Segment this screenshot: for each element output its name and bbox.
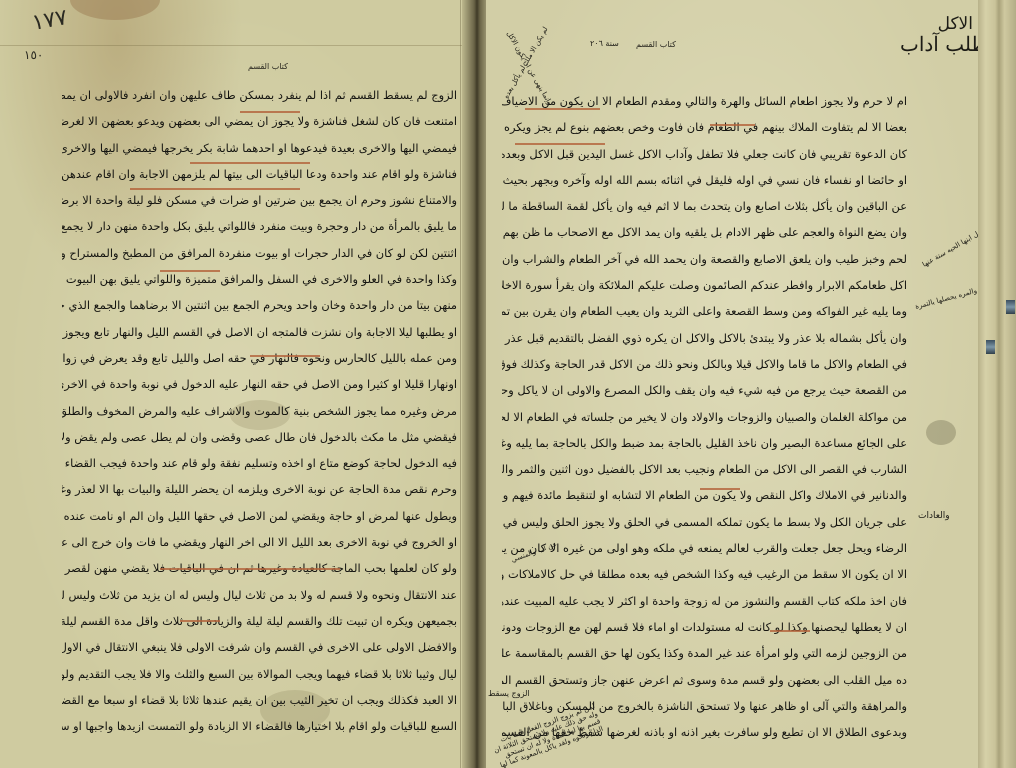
- page-edge: [460, 0, 461, 768]
- rubric-overline: [250, 355, 320, 357]
- text-line: ما يليق بالمرأة من دار وحجرة وبيت منفرد …: [62, 213, 457, 239]
- text-line: والامتناع نشوز وحرم ان يجمع بين ضرتين او…: [62, 187, 457, 213]
- text-line: ليال وثيبا ثلاثا بلا قضاء فيهما ويجب الم…: [62, 661, 457, 687]
- text-line: اكل طعامكم الابرار وافطر عندكم الصائمون …: [502, 272, 907, 298]
- text-line: ده ميل القلب الى بعضهن ولو قسم مدة وسوى …: [502, 667, 907, 693]
- text-line: فناشزة ولو اقام عند واحدة ودعا الباقيات …: [62, 161, 457, 187]
- rubric-overline: [180, 620, 220, 622]
- catchword: كتاب القسم: [248, 62, 288, 71]
- rubric-overline: [190, 162, 310, 164]
- text-line: على الجائع مساعدة البصير وان ناخذ القليل…: [502, 430, 907, 456]
- text-line: ان لا يعطلها ليحصنها وكذا لو كانت له مست…: [502, 614, 907, 640]
- text-line: من القصعة حيث يرجع من فيه شيء فيه وان يق…: [502, 377, 907, 403]
- text-line: وان يضع النواة والعجم على ظهر الادام بل …: [502, 219, 907, 245]
- rubric-overline: [240, 111, 300, 113]
- text-line: بجميعهن ويكره ان تبيت تلك والقسم ليلة لي…: [62, 608, 457, 634]
- text-line: او يطلبها ليلا الاجابة وان نشزت فالمتجه …: [62, 319, 457, 345]
- text-line: بعضا الا لم يتفاوت الملاك بينهم في الطعا…: [502, 114, 907, 140]
- text-line: من مواكلة الغلمان والصبيان والزوجات والا…: [502, 404, 907, 430]
- text-line: وحرم نقص مدة الحاجة عن نوبة الاخرى ويلزم…: [62, 476, 457, 502]
- text-line: ويطول عنها لمرض او حاجة ويقضي لمن الاصل …: [62, 503, 457, 529]
- rubric-overline: [525, 108, 600, 110]
- text-line: عند الانتقال ونحوه ولا قسم له ولا بد من …: [62, 582, 457, 608]
- text-line: والافضل الاولى على الاخرى في القسم وان ش…: [62, 634, 457, 660]
- text-line: فيمضي اليها والاخرى بعيدة فيدعوها او احد…: [62, 135, 457, 161]
- manuscript-spread: ١٧٧ ١٥٠ كتاب القسم الزوج لم يسقط القسم ث…: [0, 0, 1016, 768]
- marginal-note: والعادات: [918, 512, 950, 520]
- text-line: عن الباقين وان يأكل بثلاث اصابع وان يتحد…: [502, 193, 907, 219]
- text-line: اثنتين لكن لو كان في الدار حجرات او بيوت…: [62, 240, 457, 266]
- folio-number: ١٧٧: [30, 5, 69, 36]
- edge-tab: [1006, 300, 1015, 314]
- text-line: من الزوجين لزمه التي ولو امرأة عند غير ا…: [502, 640, 907, 666]
- rubric-overline: [770, 630, 810, 632]
- text-line: وكذا واحدة في العلو والاخرى في السفل وال…: [62, 266, 457, 292]
- text-line: وما يليه غير الفواكه ومن وسط القصعة واعل…: [502, 298, 907, 324]
- stain: [926, 420, 956, 445]
- text-line: الرضاء ويحل جعل جعلت والقرب لعالم يمنعه …: [502, 535, 907, 561]
- text-line: السبع للباقيات ولو اقام بلا اختيارها فال…: [62, 713, 457, 739]
- text-line: ام لا حرم ولا يجوز اطعام السائل والهرة و…: [502, 88, 907, 114]
- secondary-folio-number: ١٥٠: [24, 48, 43, 62]
- text-line: الا العبد فكذلك ويجب ان تخير الثيب بين ا…: [62, 687, 457, 713]
- catchword: كتاب القسم: [636, 40, 676, 49]
- rubric-overline: [130, 188, 300, 190]
- rubric-overline: [515, 143, 605, 145]
- text-line: منهن بيتا من دار واحدة وخان واحد ويحرم ا…: [62, 292, 457, 318]
- stain: [70, 0, 160, 20]
- marginal-date: سنة ٢٠٦: [590, 40, 619, 48]
- text-line: فان اخذ ملكه كتاب القسم والنشوز من له زو…: [502, 588, 907, 614]
- rubric-overline: [160, 270, 220, 272]
- text-line: اونهارا قليلا او كثيرا ومن الاصل في حقه …: [62, 371, 457, 397]
- right-page-text: ام لا حرم ولا يجوز اطعام السائل والهرة و…: [502, 88, 907, 745]
- text-line: فيه الدخول لحاجة كوضع متاع او اخذه وتسلي…: [62, 450, 457, 476]
- text-line: الشارب في القصر الى الاكل من الطعام ونجي…: [502, 456, 907, 482]
- marginal-heading: الزوج يسقط: [488, 690, 530, 698]
- text-line: والدنانير في الاملاك واكل النقص ولا يكون…: [502, 482, 907, 508]
- left-page-text: الزوج لم يسقط القسم ثم اذا لم ينفرد بمسك…: [62, 82, 457, 739]
- text-line: الا ان يكون الا سقط من الرغيب فيه وكذا ا…: [502, 561, 907, 587]
- text-line: او حائضا او نفساء فان نسي في اوله فليقل …: [502, 167, 907, 193]
- text-line: ومن عمله بالليل كالحارس ونحوه فالنهار في…: [62, 345, 457, 371]
- fold-line: [0, 45, 462, 46]
- text-line: لحم وخبز طيب وان يلعق الاصابع والقصعة وا…: [502, 246, 907, 272]
- text-line: مرض وغيره مما يجوز الشخص بنية كالموت وال…: [62, 398, 457, 424]
- rubric-overline: [710, 124, 755, 126]
- text-line: في الطعام والاكل ما قاما والاكل قيلا وبا…: [502, 351, 907, 377]
- rubric-overline: [160, 568, 340, 570]
- left-page: ١٧٧ ١٥٠ كتاب القسم الزوج لم يسقط القسم ث…: [0, 0, 470, 768]
- text-line: الزوج لم يسقط القسم ثم اذا لم ينفرد بمسك…: [62, 82, 457, 108]
- rubric-overline: [700, 488, 740, 490]
- text-line: او الخروج في نوبة الاخرى بعد الليل الا ا…: [62, 529, 457, 555]
- page-stack-edge: [978, 0, 1016, 768]
- text-line: على جريان الكل ولا بسط ما يكون تملكه الم…: [502, 509, 907, 535]
- text-line: وان يأكل بشماله بلا عذر ولا يبتدئ بالاكل…: [502, 325, 907, 351]
- edge-tab: [986, 340, 995, 354]
- text-line: فيقضي مثل ما مكث بالدخول فان طال عصى وقض…: [62, 424, 457, 450]
